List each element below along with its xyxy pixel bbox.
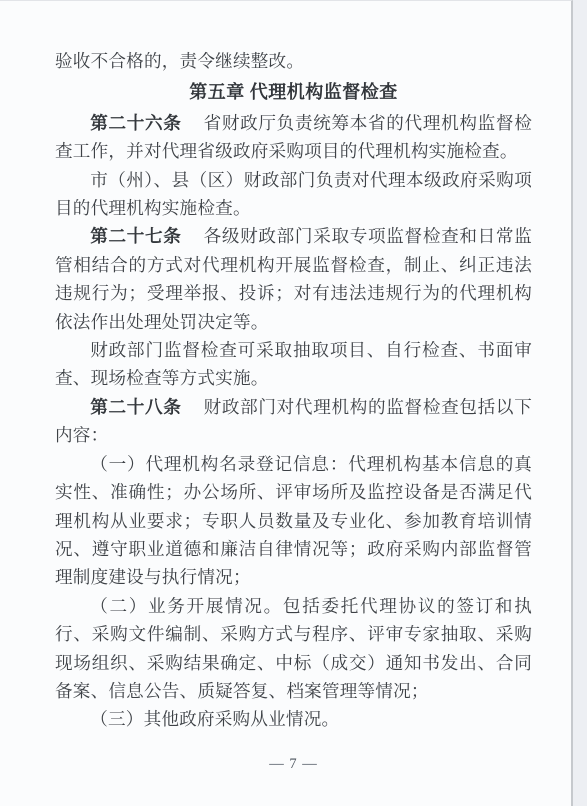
article-28-paragraph: 第二十八条财政部门对代理机构的监督检查包括以下内容： [55, 393, 532, 450]
article-28-number: 第二十八条 [90, 397, 181, 417]
article-28-item-2-text: （二）业务开展情况。包括委托代理协议的签订和执行、采购文件编制、采购方式与程序、… [55, 596, 532, 701]
article-28-item-1-text: （一）代理机构名录登记信息：代理机构基本信息的真实性、准确性；办公场所、评审场所… [55, 454, 532, 588]
chapter-heading: 第五章 代理机构监督检查 [55, 78, 532, 106]
article-27-text-2: 财政部门监督检查可采取抽取项目、自行检查、书面审查、现场检查等方式实施。 [55, 340, 532, 388]
article-28-item-2: （二）业务开展情况。包括委托代理协议的签订和执行、采购文件编制、采购方式与程序、… [55, 592, 532, 706]
article-28-item-3: （三）其他政府采购从业情况。 [55, 705, 532, 733]
article-26-paragraph-2: 市（州）、县（区）财政部门负责对代理本级政府采购项目的代理机构实施检查。 [55, 166, 532, 223]
article-27-paragraph-2: 财政部门监督检查可采取抽取项目、自行检查、书面审查、现场检查等方式实施。 [55, 336, 532, 393]
article-27-number: 第二十七条 [90, 226, 181, 246]
article-27-paragraph: 第二十七条各级财政部门采取专项监督检查和日常监管相结合的方式对代理机构开展监督检… [55, 222, 532, 336]
page-number: — 7 — [55, 754, 532, 774]
document-page: 验收不合格的，责令继续整改。 第五章 代理机构监督检查 第二十六条省财政厅负责统… [0, 0, 573, 806]
article-28-item-1: （一）代理机构名录登记信息：代理机构基本信息的真实性、准确性；办公场所、评审场所… [55, 450, 532, 592]
article-28-item-3-text: （三）其他政府采购从业情况。 [90, 709, 339, 729]
article-26-paragraph: 第二十六条省财政厅负责统筹本省的代理机构监督检查工作，并对代理省级政府采购项目的… [55, 109, 532, 166]
paragraph-continuation: 验收不合格的，责令继续整改。 [55, 47, 532, 75]
article-26-number: 第二十六条 [90, 113, 181, 133]
article-26-text-2: 市（州）、县（区）财政部门负责对代理本级政府采购项目的代理机构实施检查。 [55, 170, 532, 218]
